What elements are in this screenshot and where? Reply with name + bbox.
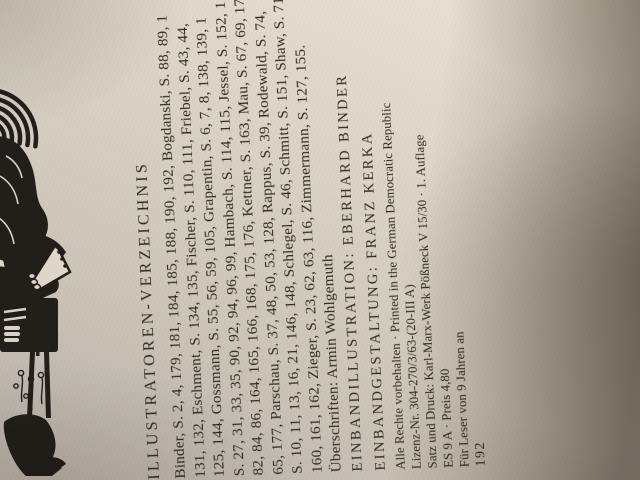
page-content: ILLUSTRATOREN-VERZEICHNIS Binder, S. 2, … xyxy=(114,0,545,480)
woodcut-illustration xyxy=(0,86,88,478)
book-page-photo: ILLUSTRATOREN-VERZEICHNIS Binder, S. 2, … xyxy=(0,0,640,480)
